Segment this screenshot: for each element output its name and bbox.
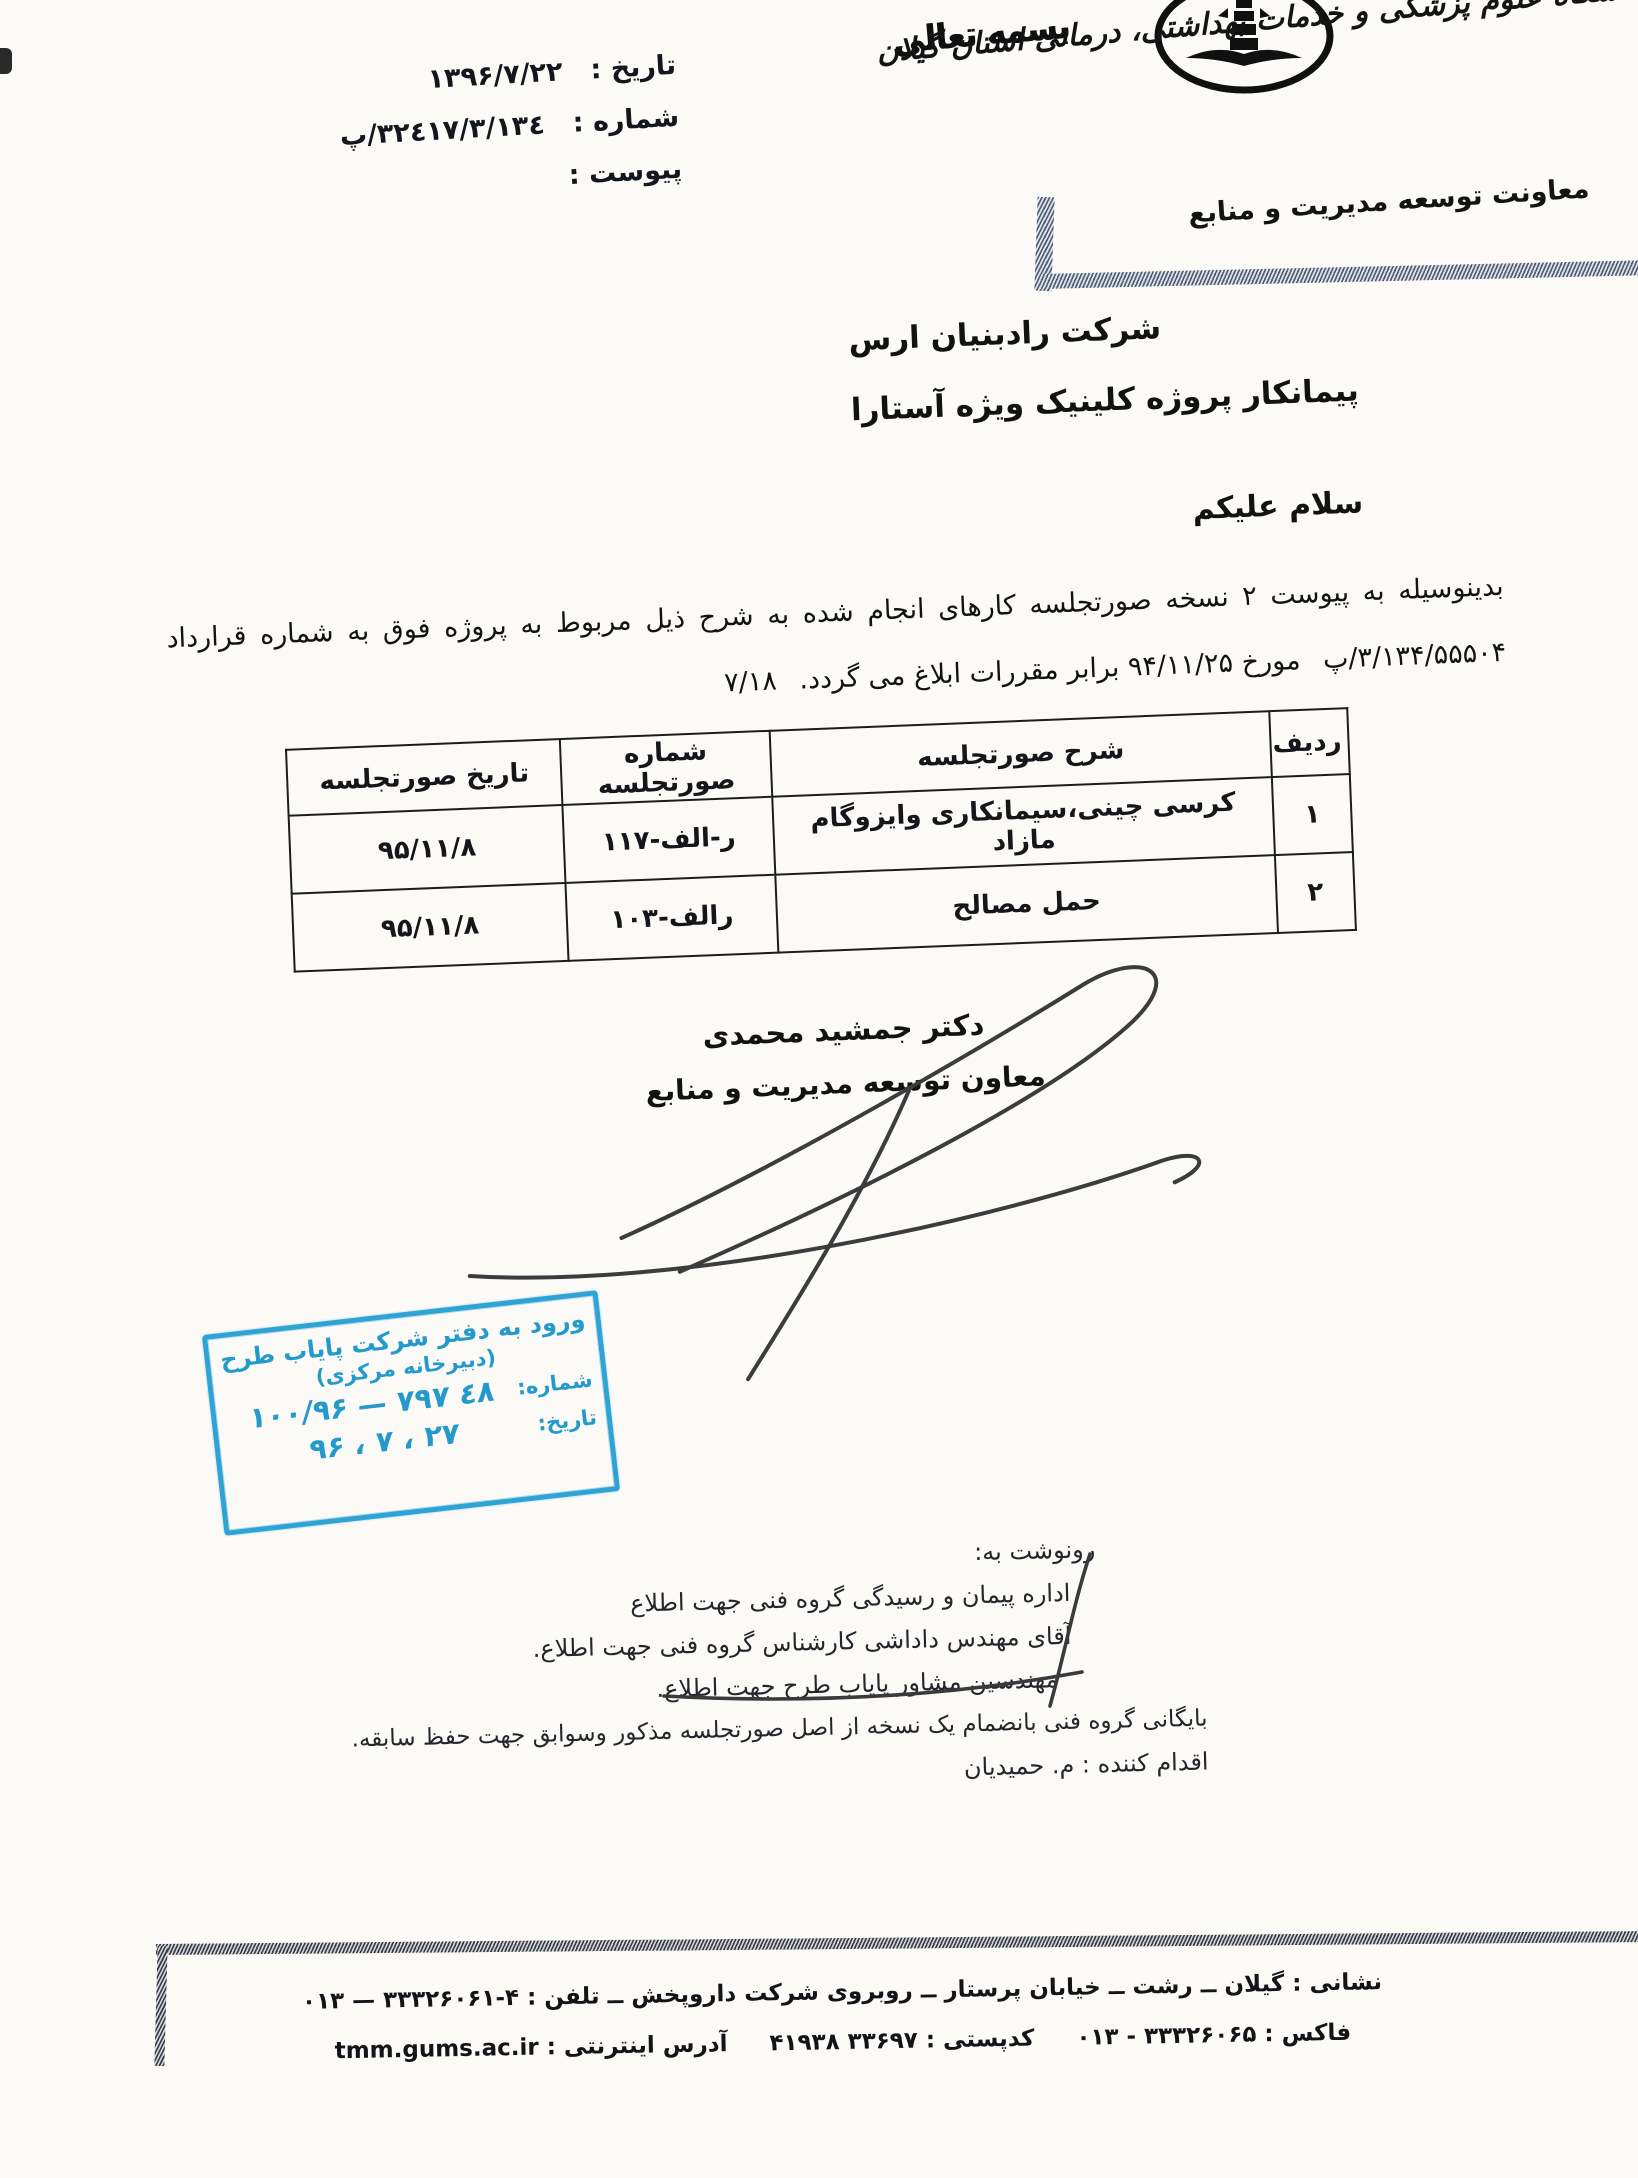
signer-name: دکتر جمشید محمدی [593, 1003, 1094, 1057]
letter-body: شرکت رادبنیان ارس پیمانکار پروژه کلینیک … [141, 292, 1551, 1127]
cell-minute-date: ۹۵/۱۱/۸ [292, 883, 569, 972]
department-name: معاونت توسعه مدیریت و منابع [1187, 173, 1590, 229]
contract-number: ۳/۱۳۴/۵۵۵٠۴/پ [1322, 637, 1506, 675]
margin-annotation: ۷/۱۸ [724, 665, 778, 698]
fax-number: ٠۱۳ - ۳۳۳۲۶٠۶۵ [1076, 2016, 1257, 2055]
web-label: آدرس اینترنتی : [546, 2031, 727, 2060]
cell-row-number: ۲ [1275, 852, 1356, 933]
postal-label: کدپستی : [926, 2025, 1035, 2053]
footer-frame-corner [154, 1946, 167, 2066]
entry-stamp: ورود به دفتر شرکت پایاب طرح (دبیرخانه مر… [202, 1290, 620, 1536]
number-value: ۳/۱۳٤/۳۲٤۱۷/پ [339, 109, 546, 152]
scanned-letter-page: بسمه تعالی دانشگاه علوم پزشکی و خدمات به… [0, 0, 1638, 2178]
cc-section: رونوشت به: اداره پیمان و رسیدگی گروه فنی… [507, 1525, 1213, 1800]
footer-frame-line [156, 1931, 1638, 1955]
header-minute-date: تاریخ صورتجلسه [286, 739, 562, 816]
header-row-number: ردیف [1269, 708, 1350, 777]
meta-date-row: تاریخ :۱۳۹۶/۷/۲۲ [246, 50, 677, 106]
attachment-label: پیوست : [568, 154, 683, 191]
postal-code: ۴۱۹۳۸ ۳۳۶۹۷ [769, 2023, 918, 2062]
cell-minute-number: رالف-۱٠۳ [565, 875, 778, 961]
fax-label: فاکس : [1264, 2020, 1351, 2048]
number-label: شماره : [572, 102, 680, 139]
header-minute-number: شماره صورتجلسه [560, 731, 772, 805]
stamp-number-label: شماره: [516, 1367, 594, 1399]
worklist-table: ردیف شرح صورتجلسه شماره صورتجلسه تاریخ ص… [285, 707, 1357, 973]
cell-minute-number: ر-الف-۱۱۷ [562, 797, 775, 883]
letter-meta-block: تاریخ :۱۳۹۶/۷/۲۲ شماره :۳/۱۳٤/۳۲٤۱۷/پ پی… [246, 50, 684, 230]
cell-minute-date: ۹۵/۱۱/۸ [289, 805, 566, 894]
phone-number: ٠۱۳ — ۳۳۳۲۶٠۶۱-۴ [302, 1980, 520, 2020]
salutation: سلام علیکم [148, 482, 1364, 572]
footer-fax-line: فاکس : ٠۱۳ - ۳۳۳۲۶٠۶۵ کدپستی : ۴۱۹۳۸ ۳۳۶… [235, 2013, 1450, 2071]
website-url: tmm.gums.ac.ir [334, 2030, 539, 2070]
date-value: ۱۳۹۶/۷/۲۲ [427, 56, 564, 95]
date-label: تاریخ : [590, 50, 677, 86]
signer-title: معاون توسعه مدیریت و منابع [595, 1057, 1096, 1110]
cell-row-number: ۱ [1272, 774, 1353, 855]
meta-number-row: شماره :۳/۱۳٤/۳۲٤۱۷/پ [249, 102, 680, 158]
meta-attachment-row: پیوست : [252, 154, 683, 210]
footer-contact-block: نشانی : گیلان ــ رشت ــ خیابان پرستار ــ… [234, 1963, 1450, 2071]
scan-artifact [0, 48, 12, 74]
recipient-line-1: شرکت رادبنیان ارس [141, 306, 1162, 390]
footer-address-line: نشانی : گیلان ــ رشت ــ خیابان پرستار ــ… [234, 1963, 1449, 2021]
letterhead-frame-line [1040, 260, 1638, 289]
stamp-date-label: تاریخ: [536, 1405, 598, 1436]
body-line-2-text: مورخ ۹۴/۱۱/۲۵ برابر مقررات ابلاغ می گردد… [799, 645, 1301, 696]
signature-block: دکتر جمشید محمدی معاون توسعه مدیریت و من… [593, 1003, 1096, 1110]
address-text: نشانی : گیلان ــ رشت ــ خیابان پرستار ــ… [527, 1969, 1382, 2011]
